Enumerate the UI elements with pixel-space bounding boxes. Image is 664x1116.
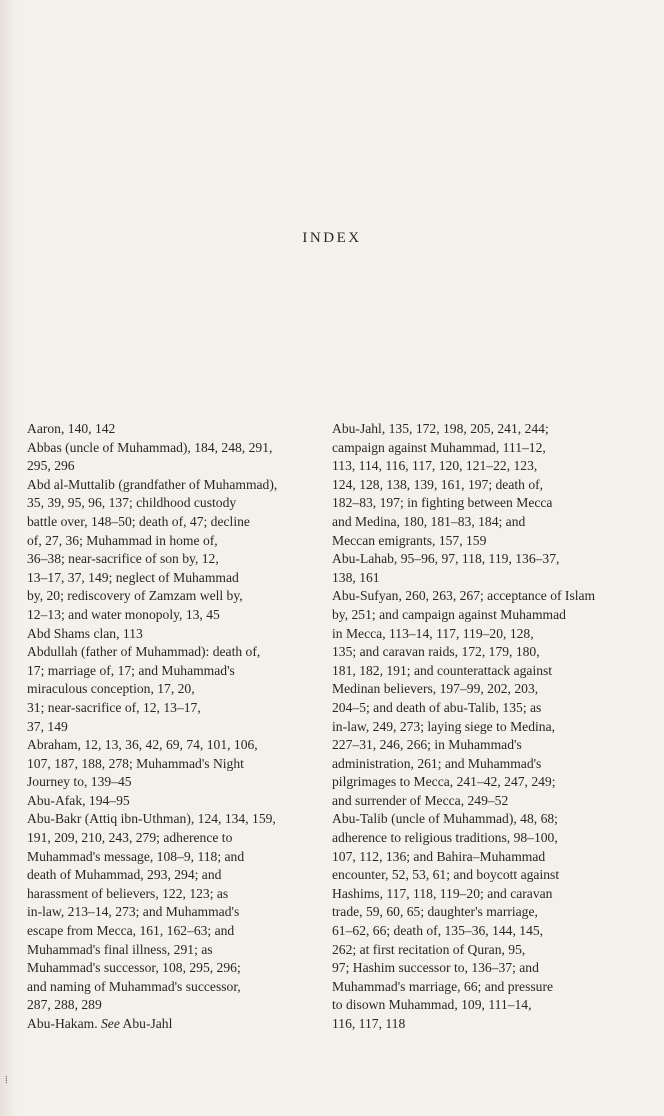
index-entry-heading-line: Abu-Sufyan, 260, 263, 267; acceptance of… (360, 587, 632, 606)
index-entry-continuation-line: 138, 161 (360, 569, 632, 588)
index-entry-continuation-line: 181, 182, 191; and counterattack against (360, 662, 632, 681)
index-entry-continuation-line: by, 251; and campaign against Muhammad (360, 606, 632, 625)
index-entry-continuation-line: 31; near-sacrifice of, 12, 13–17, (55, 699, 327, 718)
index-entry-continuation-line: and naming of Muhammad's successor, (55, 978, 327, 997)
index-entry-continuation-line: miraculous conception, 17, 20, (55, 680, 327, 699)
index-entry-continuation-line: trade, 59, 60, 65; daughter's marriage, (360, 903, 632, 922)
index-entry-heading-line: Abd Shams clan, 113 (55, 625, 327, 644)
index-entry-continuation-line: encounter, 52, 53, 61; and boycott again… (360, 866, 632, 885)
index-entry-heading-line: Abbas (uncle of Muhammad), 184, 248, 291… (55, 439, 327, 458)
index-entry: Abdullah (father of Muhammad): death of,… (27, 643, 327, 736)
index-entry-continuation-line: Hashims, 117, 118, 119–20; and caravan (360, 885, 632, 904)
index-entry-continuation-line: Journey to, 139–45 (55, 773, 327, 792)
index-entry-continuation-line: escape from Mecca, 161, 162–63; and (55, 922, 327, 941)
index-entry-heading-line: Abu-Talib (uncle of Muhammad), 48, 68; (360, 810, 632, 829)
index-entry: Abu-Bakr (Attiq ibn-Uthman), 124, 134, 1… (27, 810, 327, 1015)
index-entry-continuation-line: adherence to religious traditions, 98–10… (360, 829, 632, 848)
index-entry-continuation-line: death of Muhammad, 293, 294; and (55, 866, 327, 885)
index-column-left: Aaron, 140, 142Abbas (uncle of Muhammad)… (27, 420, 327, 1034)
index-entry-continuation-line: in-law, 213–14, 273; and Muhammad's (55, 903, 327, 922)
index-entry-continuation-line: administration, 261; and Muhammad's (360, 755, 632, 774)
index-entry: Abraham, 12, 13, 36, 42, 69, 74, 101, 10… (27, 736, 327, 792)
page-edge-shadow (0, 0, 18, 1116)
cross-reference-line: Abu-Hakam. See Abu-Jahl (55, 1015, 327, 1034)
index-entry-continuation-line: in Mecca, 113–14, 117, 119–20, 128, (360, 625, 632, 644)
index-entry: Abd al-Muttalib (grandfather of Muhammad… (27, 476, 327, 625)
index-entry-continuation-line: 107, 187, 188, 278; Muhammad's Night (55, 755, 327, 774)
index-entry-continuation-line: in-law, 249, 273; laying siege to Medina… (360, 718, 632, 737)
index-entry-continuation-line: 124, 128, 138, 139, 161, 197; death of, (360, 476, 632, 495)
index-cross-reference-entry: Abu-Hakam. See Abu-Jahl (27, 1015, 327, 1034)
index-entry-continuation-line: Muhammad's marriage, 66; and pressure (360, 978, 632, 997)
index-entry-continuation-line: and Medina, 180, 181–83, 184; and (360, 513, 632, 532)
index-entry-continuation-line: harassment of believers, 122, 123; as (55, 885, 327, 904)
index-entry-continuation-line: pilgrimages to Mecca, 241–42, 247, 249; (360, 773, 632, 792)
index-entry-continuation-line: battle over, 148–50; death of, 47; decli… (55, 513, 327, 532)
index-entry: Abu-Talib (uncle of Muhammad), 48, 68;ad… (332, 810, 632, 1033)
index-entry-continuation-line: to disown Muhammad, 109, 111–14, (360, 996, 632, 1015)
index-entry-continuation-line: Medinan believers, 197–99, 202, 203, (360, 680, 632, 699)
index-entry-continuation-line: 37, 149 (55, 718, 327, 737)
index-entry-continuation-line: 97; Hashim successor to, 136–37; and (360, 959, 632, 978)
index-entry-continuation-line: 61–62, 66; death of, 135–36, 144, 145, (360, 922, 632, 941)
index-entry-heading-line: Abu-Bakr (Attiq ibn-Uthman), 124, 134, 1… (55, 810, 327, 829)
cross-reference-head: Abu-Hakam. (27, 1016, 98, 1031)
index-entry-continuation-line: 295, 296 (55, 457, 327, 476)
index-entry-continuation-line: 227–31, 246, 266; in Muhammad's (360, 736, 632, 755)
index-entry-continuation-line: Muhammad's final illness, 291; as (55, 941, 327, 960)
index-entry-heading-line: Abraham, 12, 13, 36, 42, 69, 74, 101, 10… (55, 736, 327, 755)
index-entry-continuation-line: 107, 112, 136; and Bahira–Muhammad (360, 848, 632, 867)
index-entry-continuation-line: Meccan emigrants, 157, 159 (360, 532, 632, 551)
index-entry-continuation-line: Muhammad's message, 108–9, 118; and (55, 848, 327, 867)
index-entry-continuation-line: 113, 114, 116, 117, 120, 121–22, 123, (360, 457, 632, 476)
index-entry-continuation-line: 36–38; near-sacrifice of son by, 12, (55, 550, 327, 569)
index-column-right: Abu-Jahl, 135, 172, 198, 205, 241, 244;c… (332, 420, 632, 1034)
cross-reference-target: Abu-Jahl (123, 1016, 173, 1031)
index-entry: Abu-Sufyan, 260, 263, 267; acceptance of… (332, 587, 632, 810)
index-entry-heading-line: Aaron, 140, 142 (55, 420, 327, 439)
index-entry-heading-line: Abdullah (father of Muhammad): death of, (55, 643, 327, 662)
index-entry-continuation-line: 262; at first recitation of Quran, 95, (360, 941, 632, 960)
index-entry-continuation-line: 116, 117, 118 (360, 1015, 632, 1034)
index-entry-continuation-line: 204–5; and death of abu-Talib, 135; as (360, 699, 632, 718)
index-entry: Aaron, 140, 142 (27, 420, 327, 439)
index-entry: Abbas (uncle of Muhammad), 184, 248, 291… (27, 439, 327, 476)
index-entry-heading-line: Abd al-Muttalib (grandfather of Muhammad… (55, 476, 327, 495)
index-entry-continuation-line: 35, 39, 95, 96, 137; childhood custody (55, 494, 327, 513)
index-entry: Abu-Jahl, 135, 172, 198, 205, 241, 244;c… (332, 420, 632, 550)
index-entry-continuation-line: by, 20; rediscovery of Zamzam well by, (55, 587, 327, 606)
page-title: INDEX (0, 230, 664, 247)
index-entry: Abu-Lahab, 95–96, 97, 118, 119, 136–37,1… (332, 550, 632, 587)
index-entry: Abu-Afak, 194–95 (27, 792, 327, 811)
index-entry-continuation-line: 182–83, 197; in fighting between Mecca (360, 494, 632, 513)
index-entry-heading-line: Abu-Jahl, 135, 172, 198, 205, 241, 244; (360, 420, 632, 439)
index-entry-continuation-line: of, 27, 36; Muhammad in home of, (55, 532, 327, 551)
index-entry-continuation-line: 135; and caravan raids, 172, 179, 180, (360, 643, 632, 662)
index-entry-continuation-line: and surrender of Mecca, 249–52 (360, 792, 632, 811)
index-entry-heading-line: Abu-Lahab, 95–96, 97, 118, 119, 136–37, (360, 550, 632, 569)
index-entry-continuation-line: campaign against Muhammad, 111–12, (360, 439, 632, 458)
index-entry-continuation-line: 17; marriage of, 17; and Muhammad's (55, 662, 327, 681)
index-entry-continuation-line: 12–13; and water monopoly, 13, 45 (55, 606, 327, 625)
index-entry-heading-line: Abu-Afak, 194–95 (55, 792, 327, 811)
see-label: See (101, 1016, 120, 1031)
index-entry-continuation-line: 191, 209, 210, 243, 279; adherence to (55, 829, 327, 848)
ink-speck: ⁞ (5, 1078, 8, 1088)
index-entry-continuation-line: 13–17, 37, 149; neglect of Muhammad (55, 569, 327, 588)
index-entry-continuation-line: 287, 288, 289 (55, 996, 327, 1015)
index-entry: Abd Shams clan, 113 (27, 625, 327, 644)
index-entry-continuation-line: Muhammad's successor, 108, 295, 296; (55, 959, 327, 978)
